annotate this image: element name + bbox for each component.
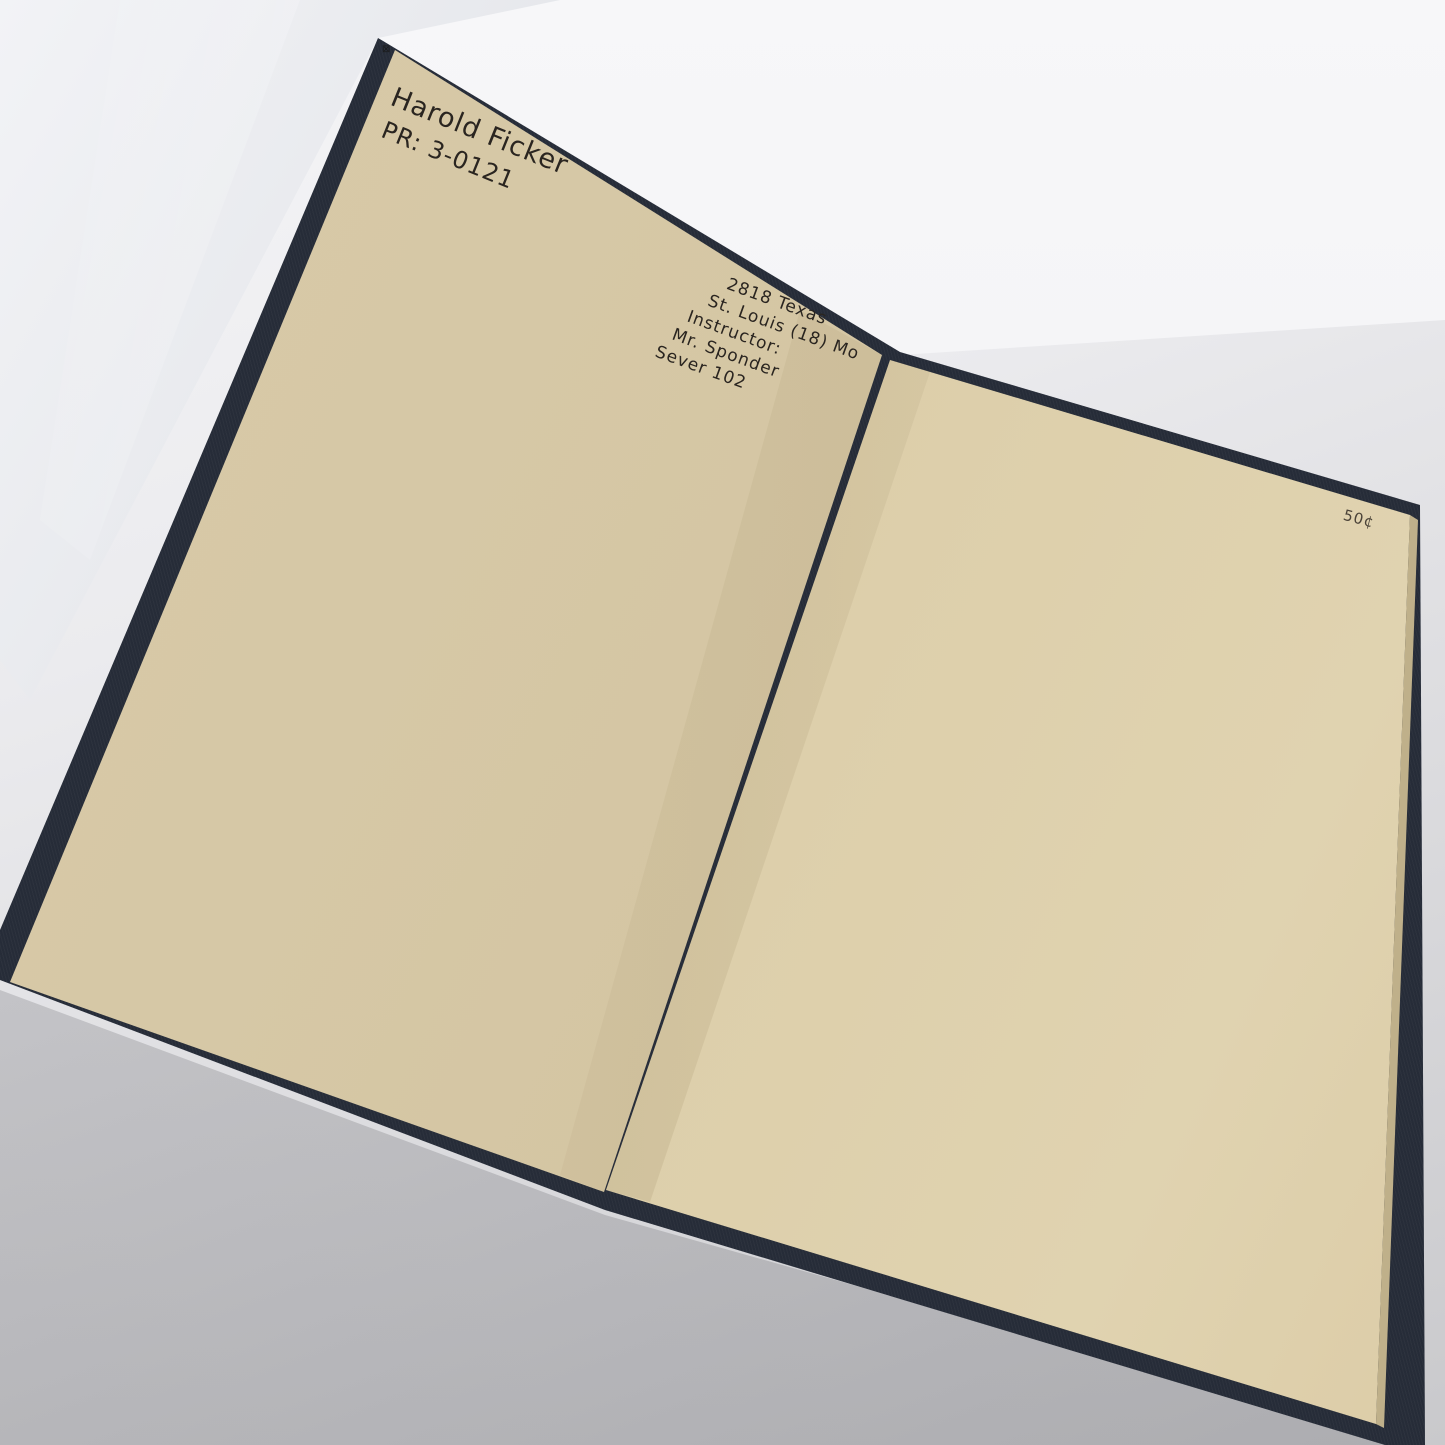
corner-mark: ⊠ [382,44,391,55]
photo-scene: ⊠ Harold Ficker PR: 3-0121 2818 Texas St… [0,0,1445,1445]
